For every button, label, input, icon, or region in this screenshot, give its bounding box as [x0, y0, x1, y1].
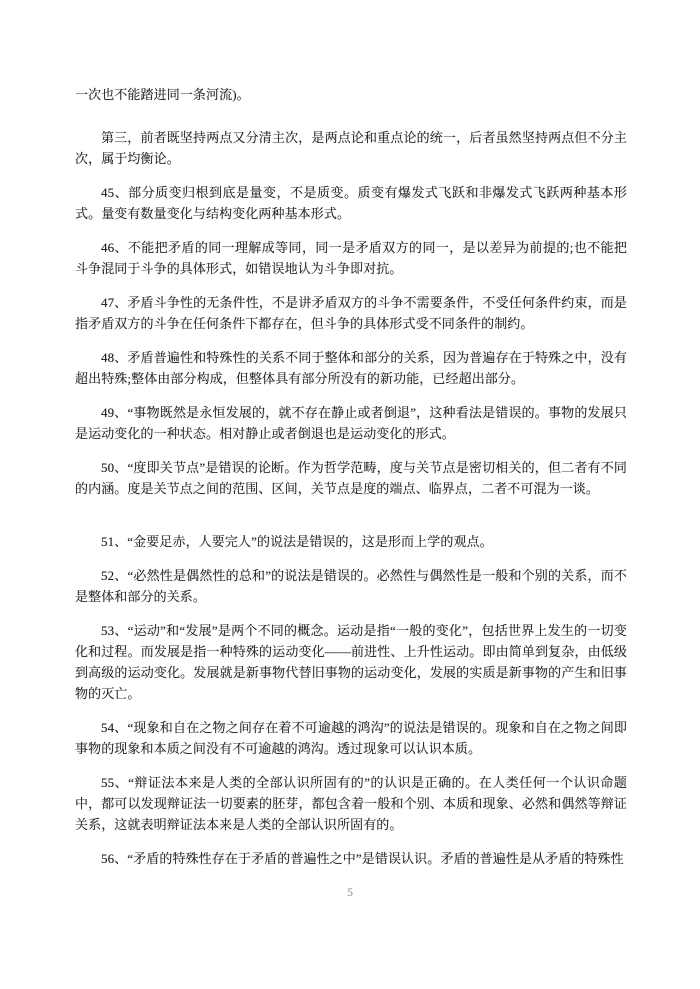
paragraph-item-54: 54、“现象和自在之物之间存在着不可逾越的鸿沟”的说法是错误的。现象和自在之物之…: [75, 717, 627, 759]
paragraph-item-46: 46、不能把矛盾的同一理解成等同，同一是矛盾双方的同一，是以差异为前提的;也不能…: [75, 237, 627, 279]
paragraph-item-45: 45、部分质变归根到底是量变，不是质变。质变有爆发式飞跃和非爆发式飞跃两种基本形…: [75, 182, 627, 224]
paragraph-continuation-river: 一次也不能踏进同一条河流)。: [75, 84, 627, 105]
paragraph-item-49: 49、“事物既然是永恒发展的，就不存在静止或者倒退”，这种看法是错误的。事物的发…: [75, 402, 627, 444]
paragraph-item-55: 55、“辩证法本来是人类的全部认识所固有的”的认识是正确的。在人类任何一个认识命…: [75, 772, 627, 835]
page-number: 5: [0, 882, 700, 903]
document-page: 一次也不能踏进同一条河流)。 第三，前者既坚持两点又分清主次，是两点论和重点论的…: [0, 0, 700, 989]
paragraph-item-50: 50、“度即关节点”是错误的论断。作为哲学范畴，度与关节点是密切相关的，但二者有…: [75, 457, 627, 499]
document-content: 一次也不能踏进同一条河流)。 第三，前者既坚持两点又分清主次，是两点论和重点论的…: [0, 0, 700, 869]
paragraph-third-point: 第三，前者既坚持两点又分清主次，是两点论和重点论的统一，后者虽然坚持两点但不分主…: [75, 127, 627, 169]
paragraph-item-52: 52、“必然性是偶然性的总和”的说法是错误的。必然性与偶然性是一般和个别的关系，…: [75, 565, 627, 607]
paragraph-item-53: 53、“运动”和“发展”是两个不同的概念。运动是指“一般的变化”，包括世界上发生…: [75, 620, 627, 704]
paragraph-item-48: 48、矛盾普遍性和特殊性的关系不同于整体和部分的关系，因为普遍存在于特殊之中，没…: [75, 347, 627, 389]
paragraph-item-56: 56、“矛盾的特殊性存在于矛盾的普遍性之中”是错误认识。矛盾的普遍性是从矛盾的特…: [75, 848, 627, 869]
paragraph-item-47: 47、矛盾斗争性的无条件性，不是讲矛盾双方的斗争不需要条件，不受任何条件约束，而…: [75, 292, 627, 334]
paragraph-item-51: 51、“金要足赤，人要完人”的说法是错误的，这是形而上学的观点。: [75, 531, 627, 552]
